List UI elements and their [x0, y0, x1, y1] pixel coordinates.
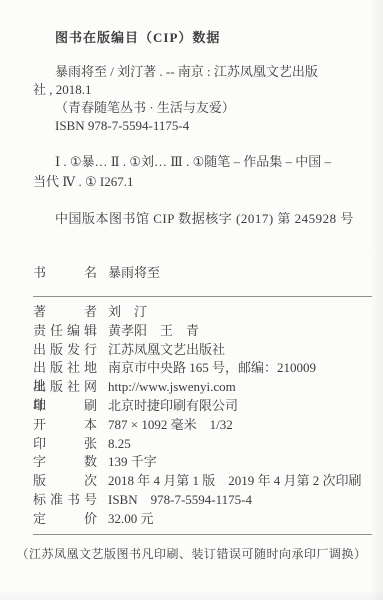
- table-row-author: 著者 刘 汀: [33, 303, 373, 322]
- divider-top: [33, 296, 372, 297]
- row-label: 著者: [33, 303, 97, 321]
- table-row-price: 定价 32.00 元: [33, 510, 373, 529]
- row-value: 2018 年 4 月第 1 版 2019 年 4 月第 2 次印刷: [108, 472, 362, 490]
- row-value: 江苏凤凰文艺出版社: [108, 341, 225, 359]
- cip-description-block: 暴雨将至 / 刘汀著 . -- 南京 : 江苏凤凰文艺出版 社 , 2018.1…: [33, 63, 351, 135]
- row-value: 139 千字: [108, 453, 157, 471]
- table-row-publisher-address: 出版社地址 南京市中央路 165 号，邮编：210009: [33, 359, 373, 378]
- row-value: 刘 汀: [108, 303, 147, 321]
- row-label: 印刷: [33, 397, 97, 415]
- book-title-row: 书名 暴雨将至: [33, 264, 373, 282]
- table-row-edition: 版次 2018 年 4 月第 1 版 2019 年 4 月第 2 次印刷: [33, 472, 373, 491]
- cip-record-number: 中国版本图书馆 CIP 数据核字 (2017) 第 245928 号: [55, 210, 354, 228]
- table-row-format: 开本 787 × 1092 毫米 1/32: [33, 416, 373, 435]
- row-label: 定价: [33, 510, 97, 528]
- row-value: 黄孝阳 王 青: [108, 322, 199, 340]
- row-value: 787 × 1092 毫米 1/32: [108, 416, 233, 434]
- footer-note: （江苏凤凰文艺版图书凡印刷、装订错误可随时向承印厂调换）: [0, 546, 383, 562]
- book-title-value: 暴雨将至: [108, 264, 160, 282]
- series-note: （青春随笔丛书 · 生活与友爱）: [33, 99, 351, 117]
- row-label: 出版发行: [33, 341, 97, 359]
- row-label: 字数: [33, 453, 97, 471]
- copyright-page: 图书在版编目（CIP）数据 暴雨将至 / 刘汀著 . -- 南京 : 江苏凤凰文…: [0, 0, 383, 600]
- classification-line-2: 当代 Ⅳ . ① I267.1: [33, 173, 363, 193]
- table-row-isbn: 标准书号 ISBN 978-7-5594-1175-4: [33, 491, 373, 510]
- table-row-editor: 责任编辑 黄孝阳 王 青: [33, 322, 373, 341]
- row-label: 版次: [33, 472, 97, 490]
- row-value: ISBN 978-7-5594-1175-4: [108, 491, 252, 509]
- row-value: 32.00 元: [108, 510, 154, 528]
- row-value: http://www.jswenyi.com: [108, 378, 236, 396]
- table-row-publisher: 出版发行 江苏凤凰文艺出版社: [33, 341, 373, 360]
- table-row-sheets: 印张 8.25: [33, 435, 373, 454]
- table-row-publisher-website: 出版社网址 http://www.jswenyi.com: [33, 378, 373, 397]
- row-label: 责任编辑: [33, 322, 97, 340]
- row-value: 南京市中央路 165 号，邮编：210009: [108, 359, 316, 377]
- cip-title-line-2: 社 , 2018.1: [33, 81, 351, 99]
- cip-title-line-1: 暴雨将至 / 刘汀著 . -- 南京 : 江苏凤凰文艺出版: [33, 63, 351, 81]
- row-value: 8.25: [108, 435, 131, 453]
- cip-classification-block: Ⅰ . ①暴… Ⅱ . ①刘… Ⅲ . ①随笔 – 作品集 – 中国 – 当代 …: [33, 153, 363, 193]
- isbn-line: ISBN 978-7-5594-1175-4: [33, 117, 351, 135]
- book-title-label: 书名: [33, 264, 97, 282]
- cip-header: 图书在版编目（CIP）数据: [55, 29, 220, 47]
- table-row-printer: 印刷 北京时捷印刷有限公司: [33, 397, 373, 416]
- row-label: 标准书号: [33, 491, 97, 509]
- classification-line-1: Ⅰ . ①暴… Ⅱ . ①刘… Ⅲ . ①随笔 – 作品集 – 中国 –: [33, 153, 363, 173]
- row-label: 印张: [33, 435, 97, 453]
- publication-info-table: 著者 刘 汀 责任编辑 黄孝阳 王 青 出版发行 江苏凤凰文艺出版社 出版社地址…: [0, 303, 383, 529]
- row-value: 北京时捷印刷有限公司: [108, 397, 238, 415]
- row-label: 开本: [33, 416, 97, 434]
- table-row-word-count: 字数 139 千字: [33, 453, 373, 472]
- divider-bottom: [33, 534, 372, 535]
